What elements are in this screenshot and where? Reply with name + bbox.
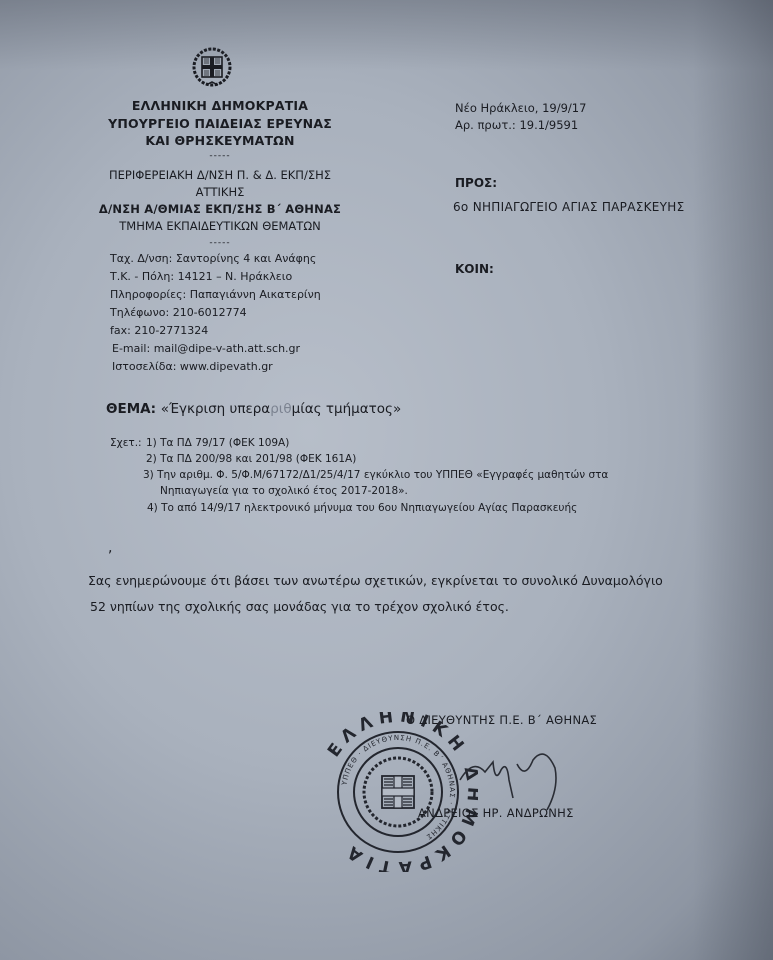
signatory-name: ΑΝΔΡΕΙΟΣ ΗΡ. ΑΝΔΡΩΝΗΣ — [418, 806, 574, 820]
reference-item: 3) Την αριθμ. Φ. 5/Φ.Μ/67172/Δ1/25/4/17 … — [143, 469, 608, 481]
contact-email: E-mail: mail@dipe-v-ath.att.sch.gr — [112, 342, 300, 355]
regional-directorate-line-2: ΑΤΤΙΚΗΣ — [70, 185, 370, 199]
regional-directorate-line-1: ΠΕΡΙΦΕΡΕΙΑΚΗ Δ/ΝΣΗ Π. & Δ. ΕΚΠ/ΣΗΣ — [70, 168, 370, 182]
signatory-title: Ο ΔΙΕΥΘΥΝΤΗΣ Π.Ε. Β΄ ΑΘΗΝΑΣ — [406, 713, 597, 727]
separator: ----- — [70, 151, 370, 161]
reference-item-continued: Νηπιαγωγεία για το σχολικό έτος 2017-201… — [160, 485, 408, 497]
ministry-line-2: ΚΑΙ ΘΡΗΣΚΕΥΜΑΤΩΝ — [70, 133, 370, 148]
references-label: Σχετ.: — [110, 437, 142, 449]
body-line-1: Σας ενημερώνουμε ότι βάσει των ανωτέρω σ… — [88, 573, 663, 588]
contact-fax: fax: 210-2771324 — [110, 324, 208, 337]
ink-speck: , — [108, 540, 112, 556]
republic-heading: ΕΛΛΗΝΙΚΗ ΔΗΜΟΚΡΑΤΙΑ — [70, 98, 370, 113]
department-heading: ΤΜΗΜΑ ΕΚΠΑΙΔΕΥΤΙΚΩΝ ΘΕΜΑΤΩΝ — [70, 219, 370, 233]
subject-label: ΘΕΜΑ: — [106, 401, 156, 417]
separator: ----- — [70, 238, 370, 248]
photo-shadow-top — [0, 0, 773, 70]
ministry-line-1: ΥΠΟΥΡΓΕΙΟ ΠΑΙΔΕΙΑΣ ΕΡΕΥΝΑΣ — [70, 116, 370, 131]
recipient: 6ο ΝΗΠΙΑΓΩΓΕΙΟ ΑΓΙΑΣ ΠΑΡΑΣΚΕΥΗΣ — [453, 200, 684, 214]
scanned-letter-page: ΕΛΛΗΝΙΚΗ ΔΗΜΟΚΡΑΤΙΑ ΥΠΟΥΡΓΕΙΟ ΠΑΙΔΕΙΑΣ Ε… — [0, 0, 773, 960]
directorate-heading: Δ/ΝΣΗ Α/ΘΜΙΑΣ ΕΚΠ/ΣΗΣ Β΄ ΑΘΗΝΑΣ — [70, 202, 370, 216]
protocol-number: Αρ. πρωτ.: 19.1/9591 — [455, 118, 578, 132]
official-seal-icon: ΕΛΛΗΝΙΚΗ ΔΗΜΟΚΡΑΤΙΑ ΥΠΠΕΘ · ΔΙΕΥΘΥΝΣΗ Π.… — [318, 712, 478, 872]
greek-coat-of-arms-icon — [190, 46, 234, 90]
reference-item: 2) Τα ΠΔ 200/98 και 201/98 (ΦΕΚ 161Α) — [146, 453, 356, 465]
reference-item: 4) Το από 14/9/17 ηλεκτρονικό μήνυμα του… — [147, 502, 577, 514]
reference-item: 1) Τα ΠΔ 79/17 (ΦΕΚ 109Α) — [146, 437, 289, 449]
contact-website: Ιστοσελίδα: www.dipevath.gr — [112, 360, 273, 373]
subject-text-faded: ριθ — [270, 401, 291, 417]
place-and-date: Νέο Ηράκλειο, 19/9/17 — [455, 101, 586, 115]
body-line-2: 52 νηπίων της σχολικής σας μονάδας για τ… — [90, 599, 509, 614]
subject-text-end: μίας τμήματος» — [292, 401, 402, 417]
cc-label: ΚΟΙΝ: — [455, 262, 494, 276]
contact-address: Ταχ. Δ/νση: Σαντορίνης 4 και Ανάφης — [110, 252, 316, 265]
contact-phone: Τηλέφωνο: 210-6012774 — [110, 306, 247, 319]
to-label: ΠΡΟΣ: — [455, 176, 497, 190]
photo-shadow-right — [693, 0, 773, 960]
subject-line: ΘΕΜΑ: «Έγκριση υπεραριθμίας τμήματος» — [106, 401, 401, 417]
contact-postal: Τ.Κ. - Πόλη: 14121 – Ν. Ηράκλειο — [110, 270, 292, 283]
contact-info-person: Πληροφορίες: Παπαγιάννη Αικατερίνη — [110, 288, 321, 301]
subject-text-start: «Έγκριση υπερα — [161, 401, 271, 417]
